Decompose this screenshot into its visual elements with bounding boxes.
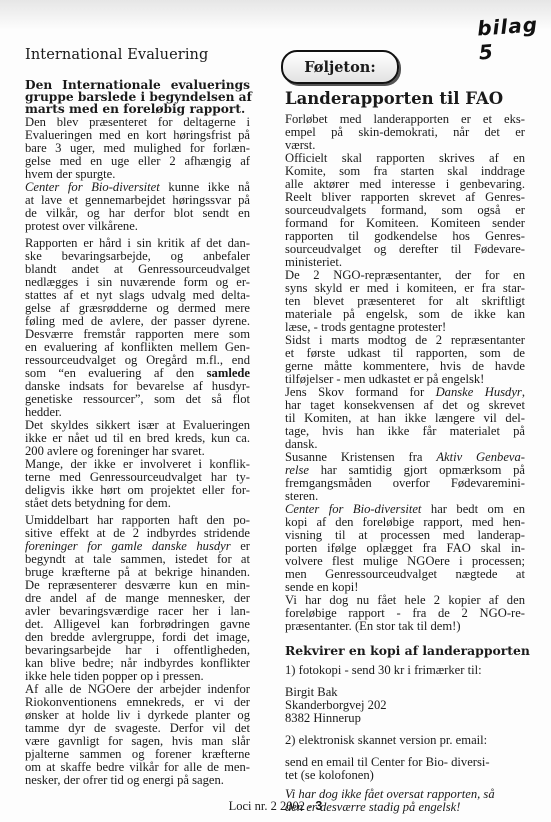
- text-line: nesker, der ofrer tid og energi på sagen…: [25, 774, 224, 787]
- org-name: Danske Husdyr: [436, 385, 522, 399]
- address-line: 8382 Hinnerup: [285, 712, 361, 725]
- order-option-photocopy: 1) fotokopi - send 30 kr i frimærker til…: [285, 664, 482, 677]
- text-line: protest over vilkårene.: [25, 220, 138, 233]
- page-footer: Loci nr. 2 2002 - 3: [0, 799, 551, 814]
- text-line: præsentanter. (En stor tak til dem!): [285, 620, 461, 633]
- text-line: stået dets betydning for dem.: [25, 497, 171, 510]
- text-span: Jens Skov formand for: [285, 385, 436, 399]
- org-name: foreninger for gamle danske husdyr: [25, 539, 231, 553]
- scan-shadow: [0, 0, 551, 30]
- section-badge: Føljeton:: [281, 50, 399, 84]
- text-span: er: [231, 539, 250, 553]
- org-name: Center for Bio-diversitet: [25, 180, 160, 194]
- text-span: har bedt om en: [421, 502, 525, 516]
- text-line: empel på skin-demokrati, når det er: [285, 126, 525, 139]
- publication-label: Loci nr. 2 2002 -: [229, 799, 316, 813]
- handwritten-annotation: bilag 5: [476, 12, 551, 65]
- text-span: som “en evaluering af den: [25, 366, 207, 380]
- left-article-title: International Evaluering: [25, 47, 208, 63]
- page-number: 3: [315, 799, 322, 813]
- text-span: Susanne Kristensen fra: [285, 450, 436, 464]
- lead-line: marts med en foreløbig rapport.: [25, 103, 250, 116]
- emphasis: samlede: [207, 366, 250, 380]
- org-name: Center for Bio-diversitet: [285, 502, 421, 516]
- text-line: tet (se kolofonen): [285, 769, 374, 782]
- text-span: har samtidig gjort opmærksom på: [309, 463, 525, 477]
- text-span: ,: [522, 385, 525, 399]
- order-option-email: 2) elektronisk skannet version pr. email…: [285, 734, 487, 747]
- right-article-title: Landerapporten til FAO: [285, 89, 503, 108]
- order-heading: Rekvirer en kopi af landerapporten: [285, 643, 530, 658]
- org-name: relse: [285, 463, 309, 477]
- text-span: kunne ikke nå: [160, 180, 250, 194]
- text-line: tage, hvis han ikke får materialet på: [285, 425, 525, 438]
- org-name: Aktiv Genbeva-: [436, 450, 525, 464]
- text-line: fremgangsmåden overfor Fødevaremini-: [285, 477, 525, 490]
